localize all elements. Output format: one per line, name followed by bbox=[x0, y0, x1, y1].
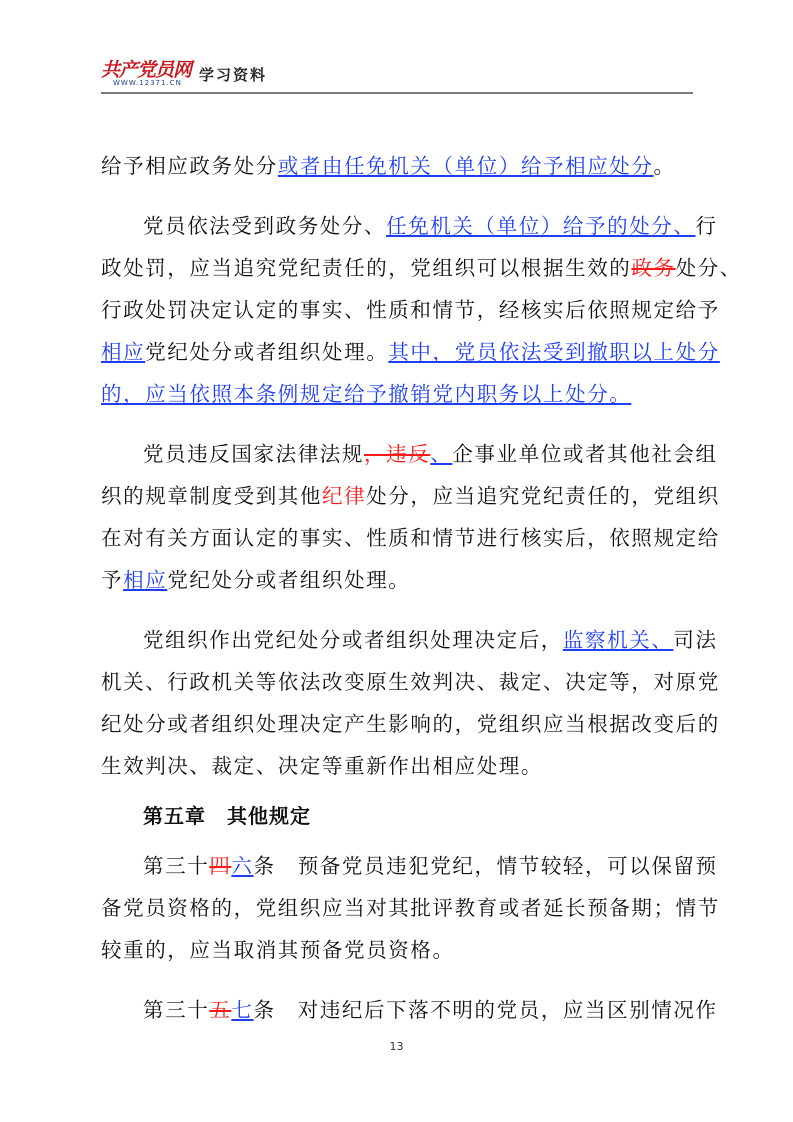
header-divider bbox=[101, 92, 693, 94]
paragraph: 党组织作出党纪处分或者组织处理决定后，监察机关、司法 机关、行政机关等依法改变原… bbox=[101, 619, 696, 787]
text-run: 较重的，应当取消其预备党员资格。 bbox=[101, 938, 455, 962]
text-run: 条 对违纪后下落不明的党员，应当区别情况作 bbox=[254, 998, 718, 1022]
text-run: 给予相应政务处分 bbox=[101, 154, 278, 178]
text-run: 政处罚，应当追究党纪责任的，党组织可以根据生效的 bbox=[101, 256, 631, 280]
text-line: 的，应当依照本条例规定给予撤销党内职务以上处分。 bbox=[101, 373, 696, 415]
text-line: 党员违反国家法律法规，违反、企事业单位或者其他社会组 bbox=[101, 433, 696, 475]
text-line: 机关、行政机关等依法改变原生效判决、裁定、决定等，对原党 bbox=[101, 661, 696, 703]
text-run: 。 bbox=[654, 154, 676, 178]
text-run: 机关、行政机关等依法改变原生效判决、裁定、决定等，对原党 bbox=[101, 670, 720, 694]
text-run: 党组织作出党纪处分或者组织处理决定后， bbox=[143, 628, 563, 652]
text-run: 纪处分或者组织处理决定产生影响的，党组织应当根据改变后的 bbox=[101, 712, 720, 736]
document-header: 共产党员网 WWW.12371.CN 学习资料 bbox=[101, 55, 693, 95]
text-line: 政处罚，应当追究党纪责任的，党组织可以根据生效的政务处分、 bbox=[101, 247, 696, 289]
text-run: 在对有关方面认定的事实、性质和情节进行核实后，依照规定给 bbox=[101, 526, 720, 550]
text-line: 第三十四六条 预备党员违犯党纪，情节较轻，可以保留预 bbox=[101, 845, 696, 887]
inserted-text: 其中，党员依法受到撤职以上处分 bbox=[388, 340, 720, 364]
header-title: 学习资料 bbox=[199, 64, 267, 85]
text-line: 相应党纪处分或者组织处理。其中，党员依法受到撤职以上处分 bbox=[101, 331, 696, 373]
text-run: 司法 bbox=[673, 628, 717, 652]
text-run: 备党员资格的，党组织应当对其批评教育或者延长预备期；情节 bbox=[101, 896, 720, 920]
text-line: 行政处罚决定认定的事实、性质和情节，经核实后依照规定给予 bbox=[101, 289, 696, 331]
inserted-text: 相应 bbox=[123, 568, 167, 592]
deleted-text: 四 bbox=[209, 854, 231, 878]
deleted-text: 五 bbox=[209, 998, 231, 1022]
inserted-text: 、 bbox=[430, 442, 452, 466]
chapter-heading: 第五章 其他规定 bbox=[101, 795, 696, 837]
text-run: 第三十 bbox=[143, 854, 209, 878]
text-run: 处分、 bbox=[676, 256, 742, 280]
article: 第三十五七条 对违纪后下落不明的党员，应当区别情况作 bbox=[101, 989, 696, 1031]
inserted-text: 任免机关（单位）给予的处分、 bbox=[386, 214, 695, 238]
inserted-text: 七 bbox=[231, 998, 253, 1022]
text-line: 党组织作出党纪处分或者组织处理决定后，监察机关、司法 bbox=[101, 619, 696, 661]
text-run: 条 预备党员违犯党纪，情节较轻，可以保留预 bbox=[254, 854, 718, 878]
deleted-text: 纪律 bbox=[322, 484, 366, 508]
logo: 共产党员网 WWW.12371.CN bbox=[101, 55, 191, 82]
text-line: 织的规章制度受到其他纪律处分，应当追究党纪责任的，党组织 bbox=[101, 475, 696, 517]
text-run: 处分，应当追究党纪责任的，党组织 bbox=[366, 484, 720, 508]
text-run: 党纪处分或者组织处理。 bbox=[145, 340, 388, 364]
text-run: 予 bbox=[101, 568, 123, 592]
inserted-text: 的，应当依照本条例规定给予撤销党内职务以上处分。 bbox=[101, 382, 631, 406]
deleted-text: ，违反 bbox=[364, 442, 430, 466]
text-line: 党员依法受到政务处分、任免机关（单位）给予的处分、行 bbox=[101, 205, 696, 247]
article: 第三十四六条 预备党员违犯党纪，情节较轻，可以保留预 备党员资格的，党组织应当对… bbox=[101, 845, 696, 971]
text-run: 党员违反国家法律法规 bbox=[143, 442, 364, 466]
text-run: 生效判决、裁定、决定等重新作出相应处理。 bbox=[101, 754, 543, 778]
text-line: 第三十五七条 对违纪后下落不明的党员，应当区别情况作 bbox=[101, 989, 696, 1031]
text-line: 给予相应政务处分或者由任免机关（单位）给予相应处分。 bbox=[101, 145, 696, 187]
document-body: 给予相应政务处分或者由任免机关（单位）给予相应处分。 党员依法受到政务处分、任免… bbox=[101, 145, 696, 1031]
logo-url-text: WWW.12371.CN bbox=[113, 79, 182, 87]
text-line: 备党员资格的，党组织应当对其批评教育或者延长预备期；情节 bbox=[101, 887, 696, 929]
text-line: 纪处分或者组织处理决定产生影响的，党组织应当根据改变后的 bbox=[101, 703, 696, 745]
text-run: 行 bbox=[696, 214, 718, 238]
deleted-text: 政务 bbox=[631, 256, 675, 280]
text-run: 织的规章制度受到其他 bbox=[101, 484, 322, 508]
text-line: 予相应党纪处分或者组织处理。 bbox=[101, 559, 696, 601]
paragraph: 党员依法受到政务处分、任免机关（单位）给予的处分、行 政处罚，应当追究党纪责任的… bbox=[101, 205, 696, 415]
text-run: 行政处罚决定认定的事实、性质和情节，经核实后依照规定给予 bbox=[101, 298, 720, 322]
paragraph: 党员违反国家法律法规，违反、企事业单位或者其他社会组 织的规章制度受到其他纪律处… bbox=[101, 433, 696, 601]
text-line: 生效判决、裁定、决定等重新作出相应处理。 bbox=[101, 745, 696, 787]
inserted-text: 监察机关、 bbox=[563, 628, 674, 652]
inserted-text: 六 bbox=[231, 854, 253, 878]
text-run: 第三十 bbox=[143, 998, 209, 1022]
text-run: 企事业单位或者其他社会组 bbox=[452, 442, 717, 466]
inserted-text: 相应 bbox=[101, 340, 145, 364]
text-run: 党员依法受到政务处分、 bbox=[143, 214, 386, 238]
logo-brand-text: 共产党员网 bbox=[101, 59, 191, 81]
paragraph: 给予相应政务处分或者由任免机关（单位）给予相应处分。 bbox=[101, 145, 696, 187]
inserted-text: 或者由任免机关（单位）给予相应处分 bbox=[278, 154, 654, 178]
page-number: 13 bbox=[0, 1040, 793, 1053]
text-line: 在对有关方面认定的事实、性质和情节进行核实后，依照规定给 bbox=[101, 517, 696, 559]
text-run: 党纪处分或者组织处理。 bbox=[167, 568, 410, 592]
text-line: 较重的，应当取消其预备党员资格。 bbox=[101, 929, 696, 971]
